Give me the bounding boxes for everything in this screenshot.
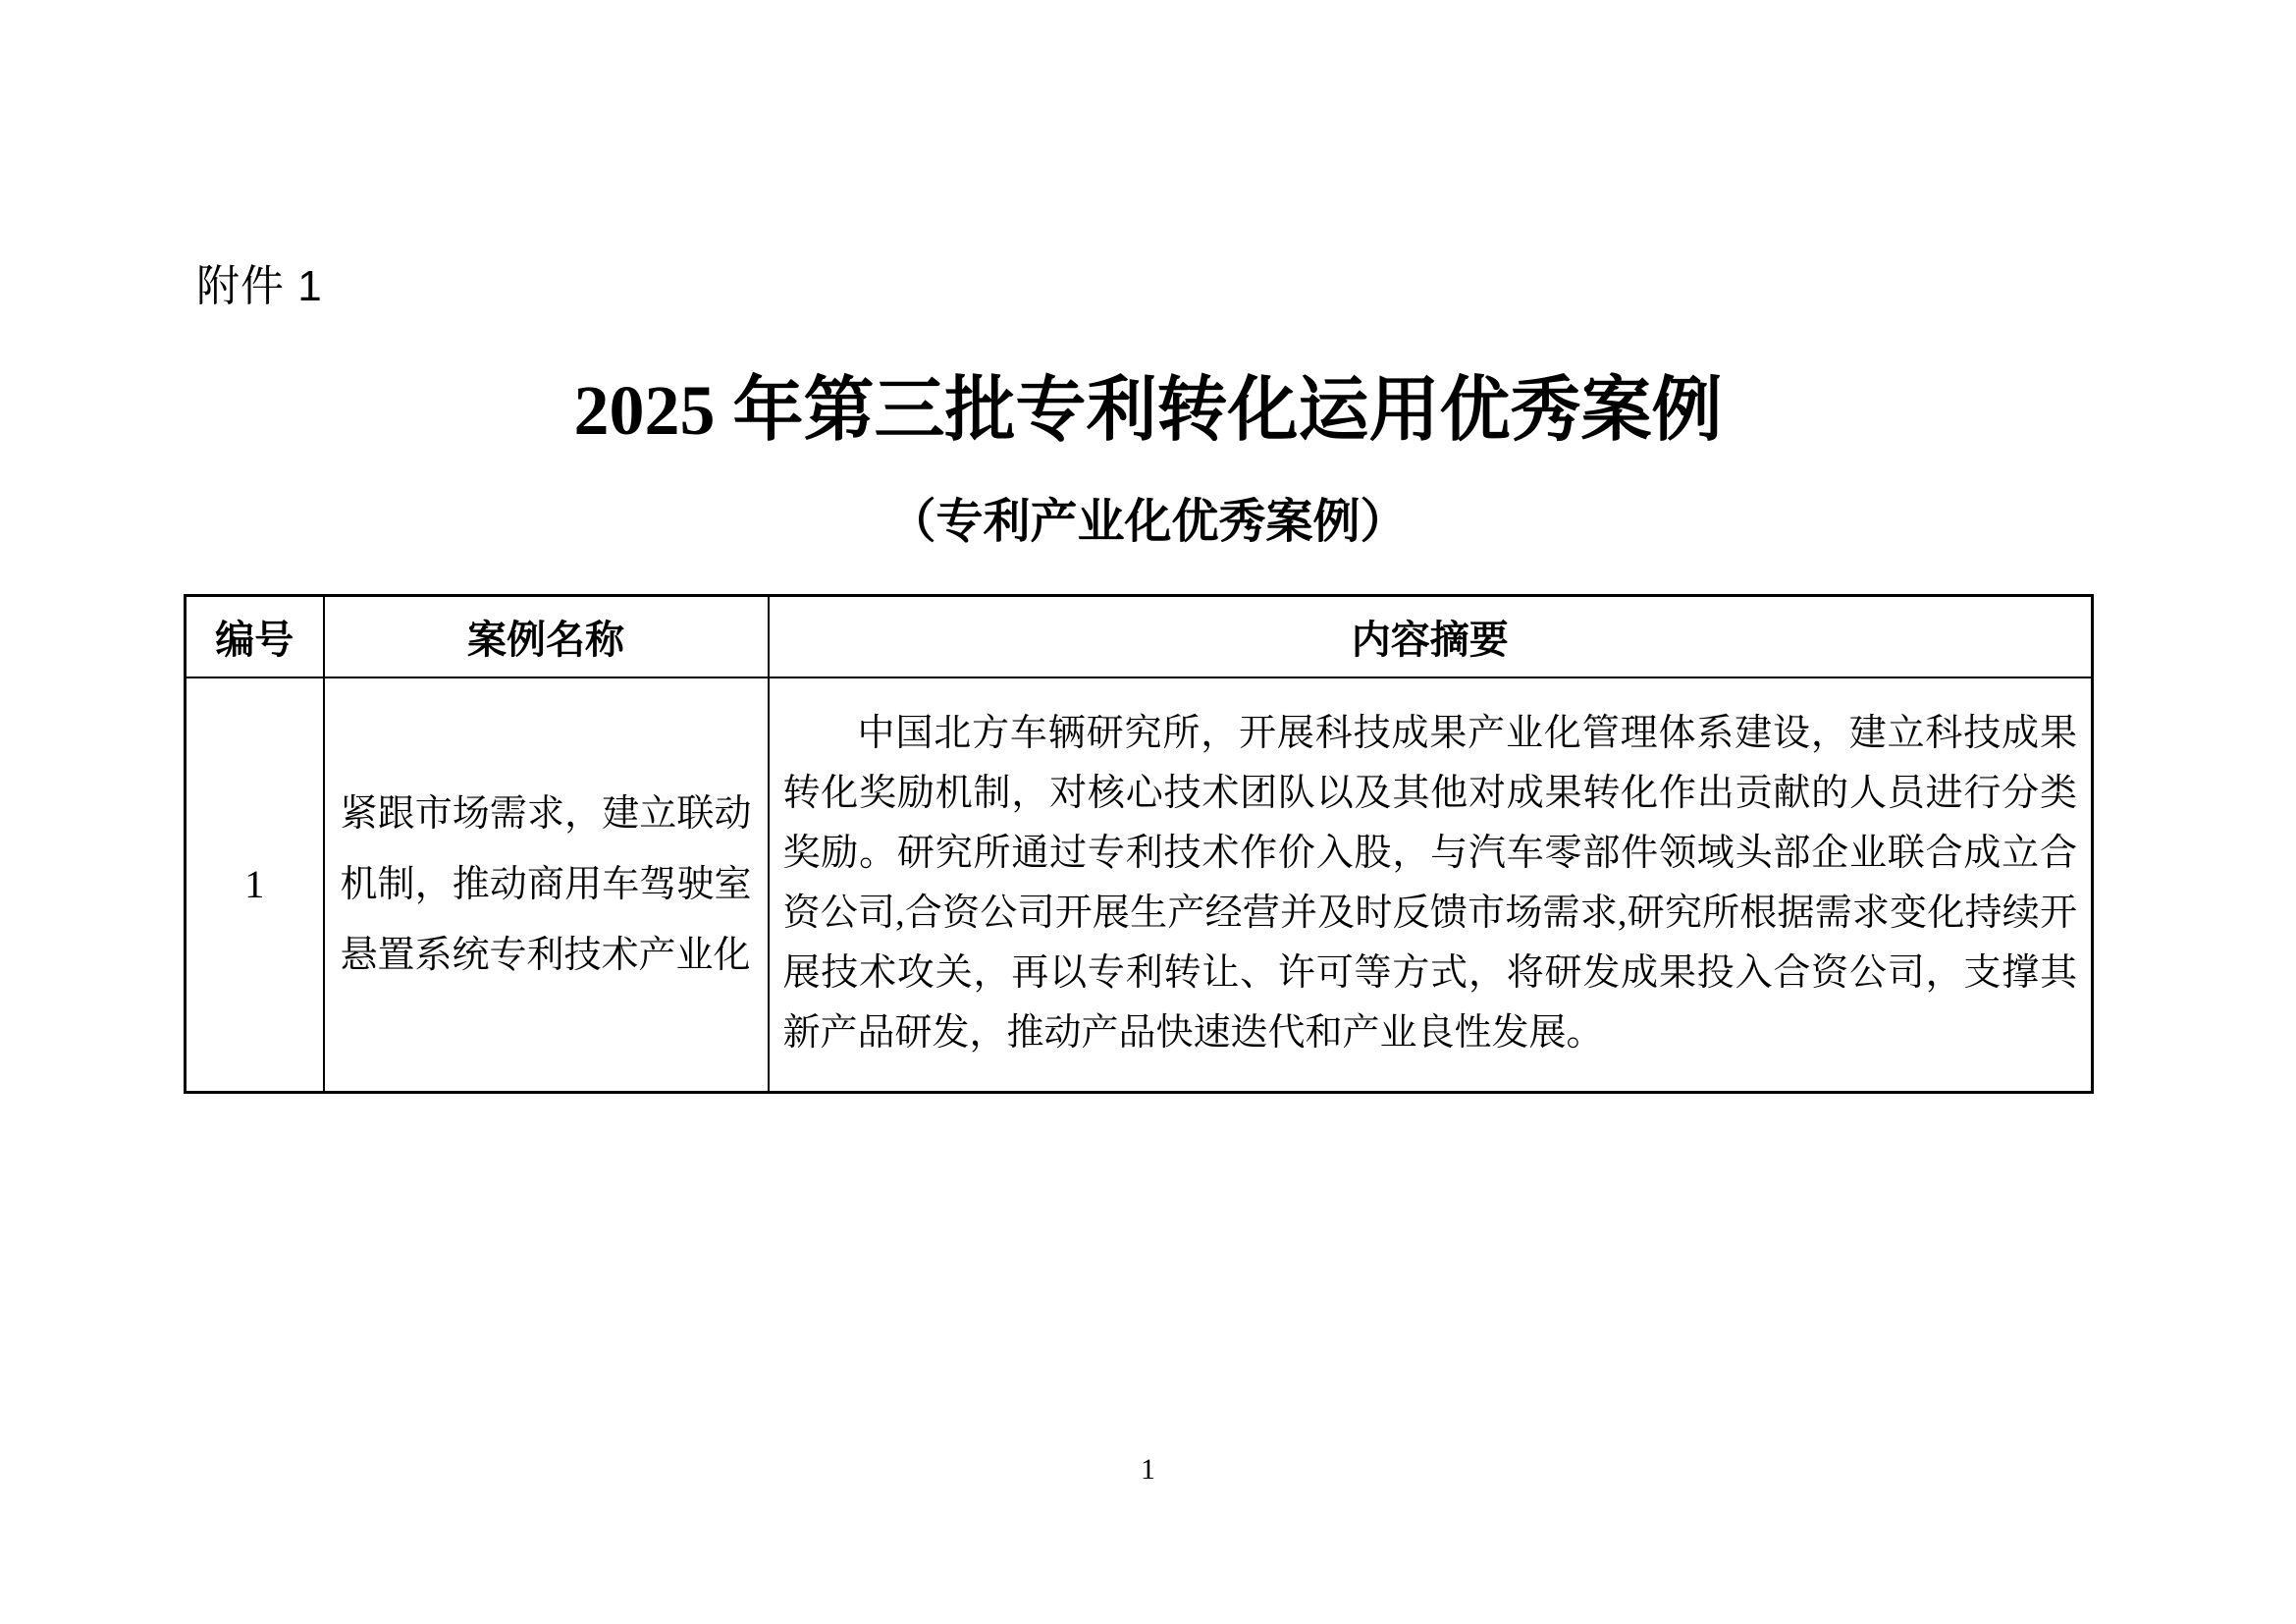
document-page: 附件 1 2025 年第三批专利转化运用优秀案例 （专利产业化优秀案例） 编号 …	[0, 0, 2296, 1624]
case-summary-cell: 中国北方车辆研究所，开展科技成果产业化管理体系建设，建立科技成果转化奖励机制，对…	[769, 677, 2093, 1093]
page-number: 1	[0, 1453, 2296, 1487]
case-number-cell: 1	[186, 677, 324, 1093]
case-summary-text: 中国北方车辆研究所，开展科技成果产业化管理体系建设，建立科技成果转化奖励机制，对…	[783, 704, 2078, 1063]
cases-table: 编号 案例名称 内容摘要 1 紧跟市场需求，建立联动机制，推动商用车驾驶室悬置系…	[184, 594, 2094, 1094]
page-title: 2025 年第三批专利转化运用优秀案例	[0, 361, 2296, 460]
case-name-cell: 紧跟市场需求，建立联动机制，推动商用车驾驶室悬置系统专利技术产业化	[324, 677, 769, 1093]
cases-table-header: 编号 案例名称 内容摘要	[186, 596, 2093, 677]
table-header-case-name: 案例名称	[324, 596, 769, 677]
table-header-number: 编号	[186, 596, 324, 677]
table-row: 1 紧跟市场需求，建立联动机制，推动商用车驾驶室悬置系统专利技术产业化 中国北方…	[186, 677, 2093, 1093]
page-subtitle: （专利产业化优秀案例）	[0, 487, 2296, 558]
header-row: 编号 案例名称 内容摘要	[186, 596, 2093, 677]
table-header-summary: 内容摘要	[769, 596, 2093, 677]
attachment-label: 附件 1	[196, 261, 323, 312]
